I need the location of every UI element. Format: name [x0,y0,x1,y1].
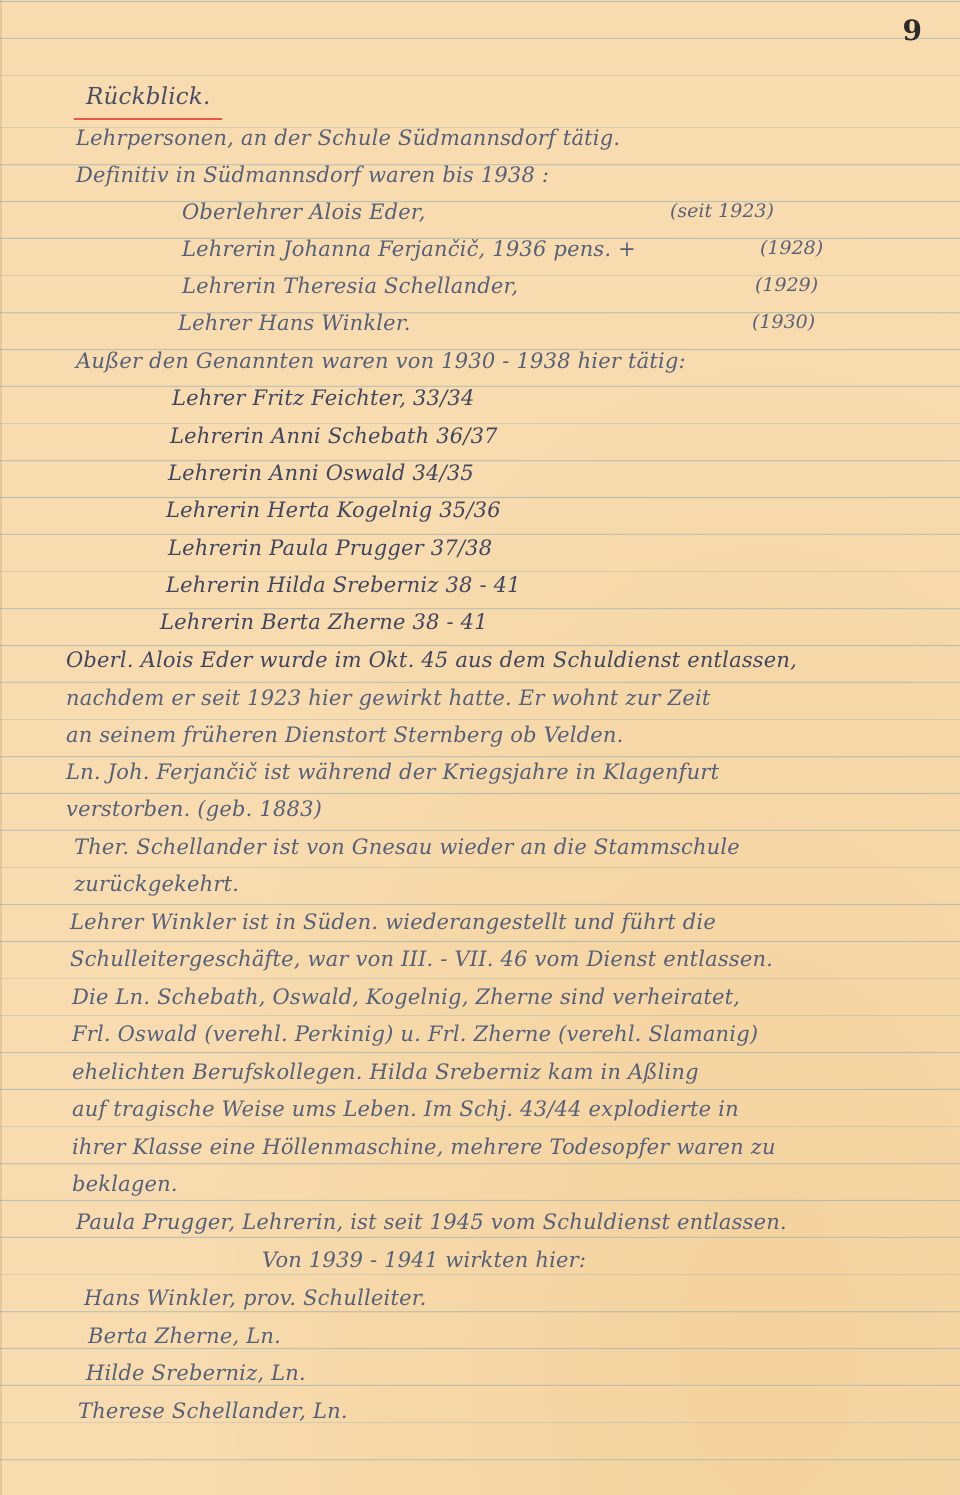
paragraph-line: Die Ln. Schebath, Oswald, Kogelnig, Zher… [72,985,740,1009]
staff-entry: Hilde Sreberniz, Ln. [86,1361,306,1385]
staff-entry: Lehrerin Berta Zherne 38 - 41 [160,610,488,634]
paragraph-line: zurückgekehrt. [74,872,239,896]
staff-entry: Lehrerin Anni Schebath 36/37 [170,424,498,448]
page-title: Rückblick. [86,84,211,110]
staff-entry: Lehrerin Theresia Schellander, [182,274,518,298]
staff-entry: Lehrerin Anni Oswald 34/35 [168,461,474,485]
paragraph-line: auf tragische Weise ums Leben. Im Schj. … [72,1097,739,1121]
paragraph-line: Oberl. Alois Eder wurde im Okt. 45 aus d… [66,648,797,672]
paragraph-line: beklagen. [72,1172,178,1196]
staff-entry: Berta Zherne, Ln. [88,1324,281,1348]
staff-entry: Hans Winkler, prov. Schulleiter. [84,1286,427,1310]
intro-line: Lehrpersonen, an der Schule Südmannsdorf… [76,126,620,150]
staff-year-note: (1929) [755,274,818,296]
paragraph-line: verstorben. (geb. 1883) [66,797,322,821]
paragraph-line: Schulleitergeschäfte, war von III. - VII… [70,947,773,971]
section-heading: Außer den Genannten waren von 1930 - 193… [76,349,686,373]
staff-entry: Lehrerin Hilda Sreberniz 38 - 41 [166,573,521,597]
staff-entry: Lehrer Fritz Feichter, 33/34 [172,386,475,410]
staff-entry: Lehrer Hans Winkler. [178,311,411,335]
paragraph-line: ihrer Klasse eine Höllenmaschine, mehrer… [72,1135,776,1159]
staff-entry: Therese Schellander, Ln. [78,1399,348,1423]
paragraph-line: an seinem früheren Dienstort Sternberg o… [66,723,624,747]
page-edge [0,0,2,1495]
staff-year-note: (1930) [752,311,815,333]
page-number: 9 [903,14,922,47]
paragraph-line: ehelichten Berufskollegen. Hilda Srebern… [72,1060,699,1084]
staff-year-note: (seit 1923) [670,200,774,222]
notebook-page: 9 Rückblick. Lehrpersonen, an der Schule… [0,0,960,1495]
paragraph-line: nachdem er seit 1923 hier gewirkt hatte.… [66,686,711,710]
staff-entry: Lehrerin Paula Prugger 37/38 [168,536,492,560]
paragraph-line: Ln. Joh. Ferjančič ist während der Krieg… [66,760,719,784]
staff-entry: Lehrerin Herta Kogelnig 35/36 [166,498,501,522]
title-red-underline [74,118,222,120]
paragraph-line: Ther. Schellander ist von Gnesau wieder … [74,835,740,859]
paragraph-line: Paula Prugger, Lehrerin, ist seit 1945 v… [76,1210,787,1234]
intro-line: Definitiv in Südmannsdorf waren bis 1938… [76,163,549,187]
paragraph-line: Frl. Oswald (verehl. Perkinig) u. Frl. Z… [72,1022,758,1046]
section-heading: Von 1939 - 1941 wirkten hier: [262,1248,586,1272]
staff-entry: Lehrerin Johanna Ferjančič, 1936 pens. + [182,237,636,261]
staff-year-note: (1928) [760,237,823,259]
staff-entry: Oberlehrer Alois Eder, [182,200,426,224]
paragraph-line: Lehrer Winkler ist in Süden. wiederanges… [70,910,716,934]
